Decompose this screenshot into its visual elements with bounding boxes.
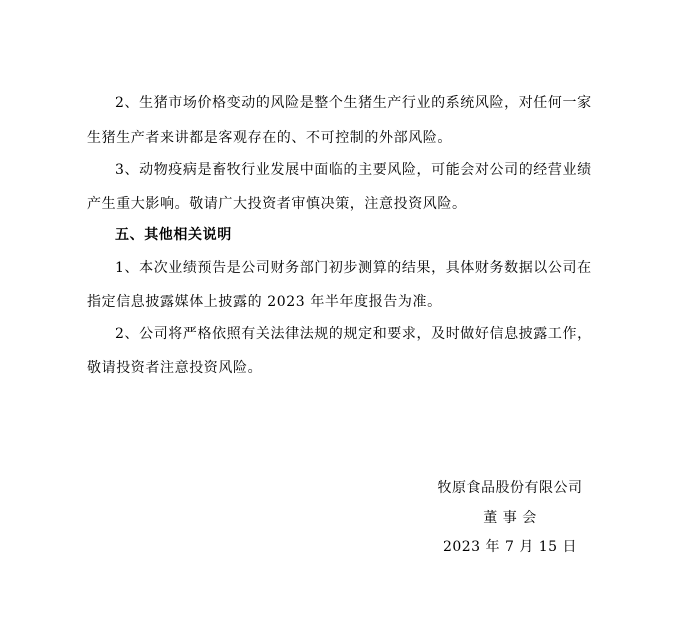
paragraph-risk-2-line-1: 2、生猪市场价格变动的风险是整个生猪生产行业的系统风险，对任何一家 xyxy=(115,93,592,113)
paragraph-note-1-line-1: 1、本次业绩预告是公司财务部门初步测算的结果，具体财务数据以公司在 xyxy=(115,258,592,278)
paragraph-note-1-line-2: 指定信息披露媒体上披露的 2023 年半年度报告为准。 xyxy=(87,292,442,312)
section-heading: 五、其他相关说明 xyxy=(115,225,232,245)
signature-date: 2023 年 7 月 15 日 xyxy=(430,537,590,557)
signature-board: 董 事 会 xyxy=(430,508,590,528)
paragraph-note-2-line-2: 敬请投资者注意投资风险。 xyxy=(87,358,262,378)
signature-company: 牧原食品股份有限公司 xyxy=(430,478,590,498)
paragraph-note-2-line-1: 2、公司将严格依照有关法律法规的规定和要求，及时做好信息披露工作， xyxy=(115,324,592,344)
paragraph-risk-3-line-2: 产生重大影响。敬请广大投资者审慎决策，注意投资风险。 xyxy=(87,194,467,214)
paragraph-risk-2-line-2: 生猪生产者来讲都是客观存在的、不可控制的外部风险。 xyxy=(87,128,452,148)
paragraph-risk-3-line-1: 3、动物疫病是畜牧行业发展中面临的主要风险，可能会对公司的经营业绩 xyxy=(115,160,592,180)
document-page: 2、生猪市场价格变动的风险是整个生猪生产行业的系统风险，对任何一家 生猪生产者来… xyxy=(0,0,677,627)
